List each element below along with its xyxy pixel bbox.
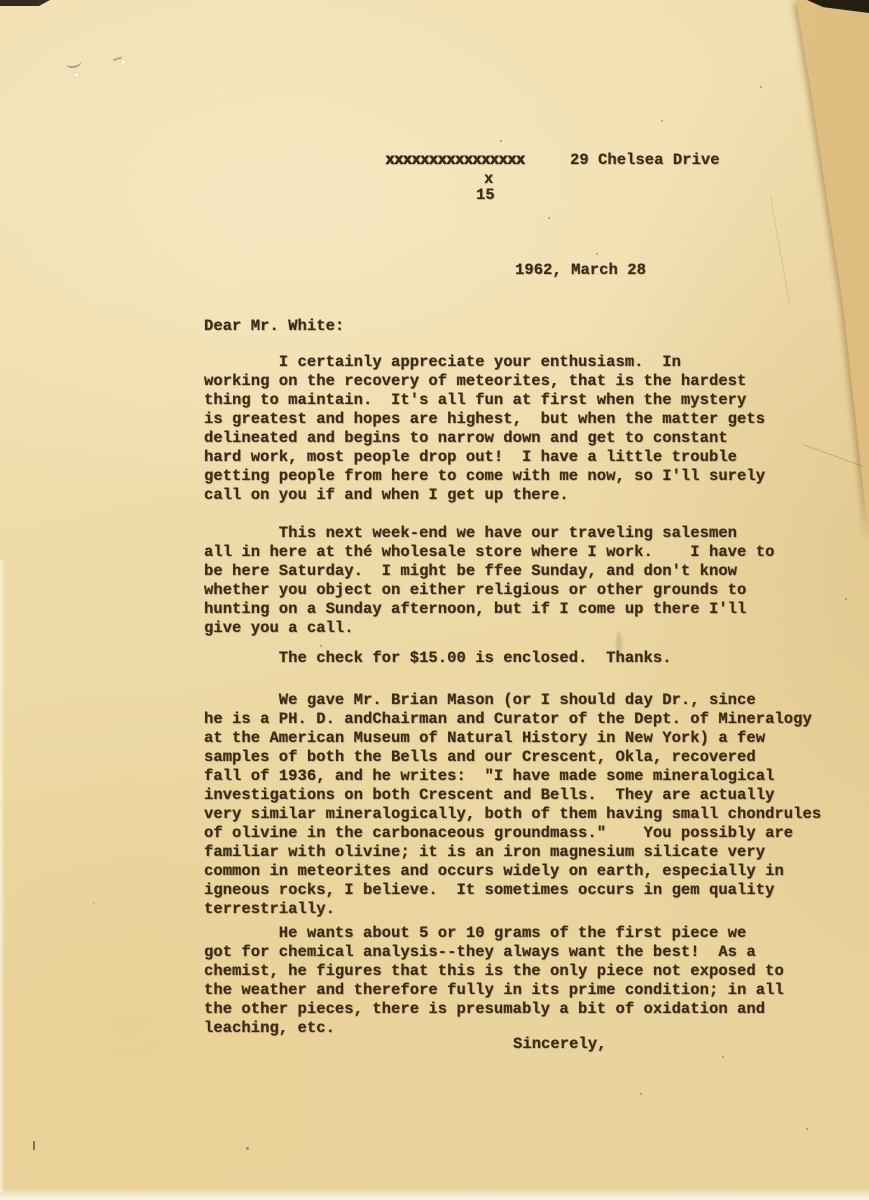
- paper-speck: [320, 645, 322, 647]
- paper-crease: [803, 444, 863, 467]
- pencil-mark: [111, 51, 122, 61]
- salutation: Dear Mr. White:: [204, 317, 344, 336]
- paper-speck: [845, 598, 847, 600]
- paper-speck: [806, 1128, 808, 1130]
- paragraph-chemical-analysis: He wants about 5 or 10 grams of the firs…: [204, 924, 784, 1038]
- paper-speck: [93, 902, 95, 904]
- paper-speck: [246, 1147, 249, 1150]
- paper-speck: [548, 217, 550, 219]
- paper-fleck: [121, 60, 125, 64]
- paragraph-check: The check for $15.00 is enclosed. Thanks…: [204, 649, 672, 668]
- paper-speck: [640, 1093, 642, 1095]
- paper-speck: [722, 1056, 724, 1058]
- paper-speck: [661, 120, 663, 122]
- letter-date: 1962, March 28: [515, 261, 646, 280]
- paragraph-enthusiasm: I certainly appreciate your enthusiasm. …: [204, 353, 765, 505]
- scan-background-corner-right: [807, 0, 869, 13]
- paragraph-brian-mason: We gave Mr. Brian Mason (or I should day…: [204, 691, 821, 919]
- paper-speck: [596, 253, 598, 255]
- street-number: 15: [476, 186, 495, 205]
- paragraph-weekend: This next week-end we have our traveling…: [204, 524, 774, 638]
- paper-bottom-edge: [0, 1188, 869, 1200]
- pencil-tick: [33, 1141, 35, 1150]
- paper-left-edge: [0, 560, 5, 1192]
- scan-background-corner-left: [0, 0, 50, 6]
- paper-speck: [760, 86, 762, 88]
- scanned-letter-page: xxxxxxxxxxxxxxxx 29 Chelsea Drive x 15 1…: [0, 0, 869, 1200]
- paper-fleck: [74, 73, 79, 77]
- sender-address: 29 Chelsea Drive: [570, 151, 720, 170]
- typed-strikeout: xxxxxxxxxxxxxxxx: [385, 151, 524, 170]
- pencil-mark: [65, 57, 82, 69]
- closing-sincerely: Sincerely,: [513, 1035, 607, 1054]
- paper-crease: [770, 196, 790, 305]
- paper-speck: [500, 140, 502, 142]
